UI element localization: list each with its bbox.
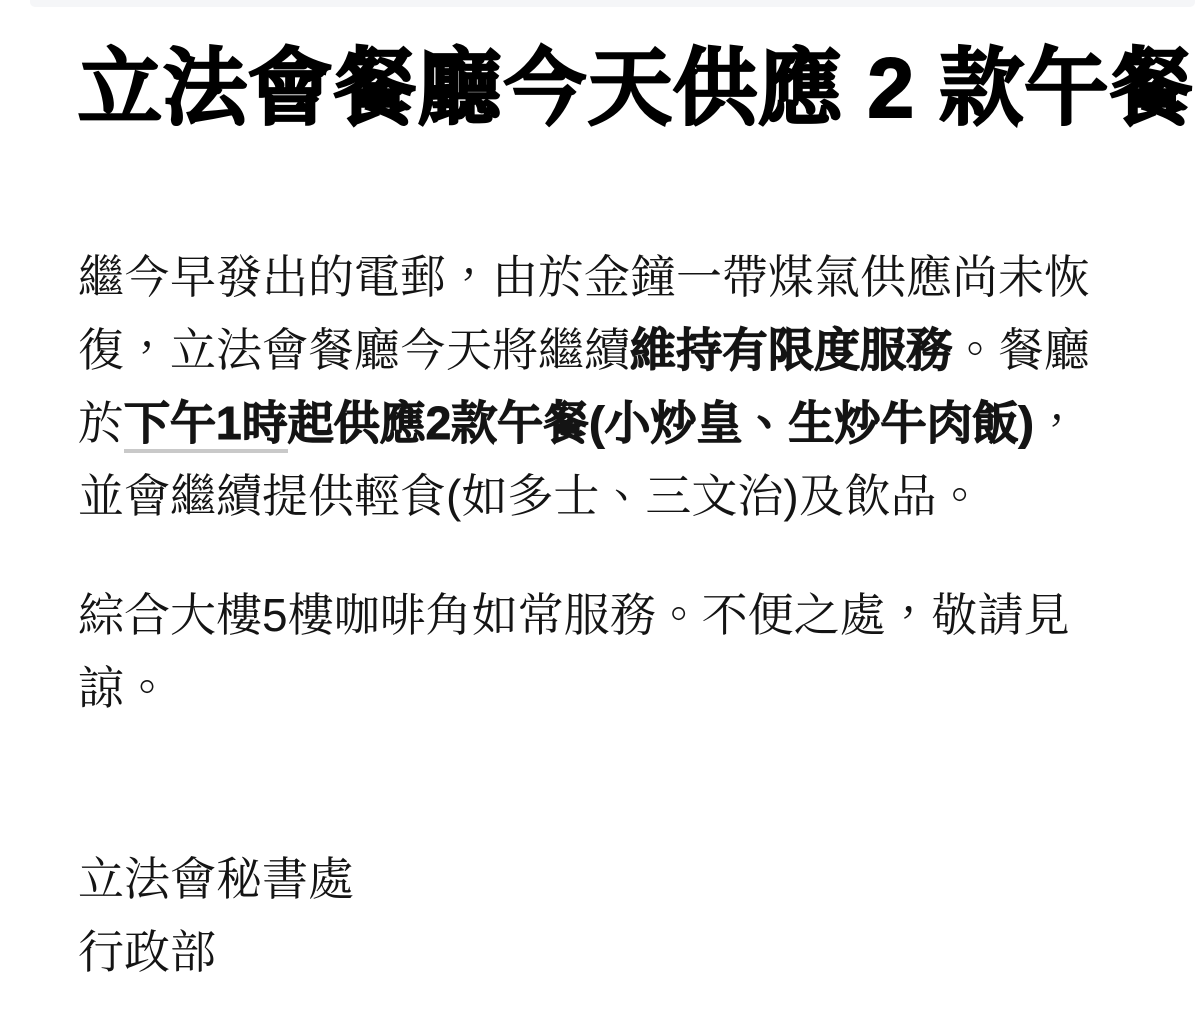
emphasis-text: 維持有限度服務	[630, 324, 952, 376]
body-text: 於	[78, 397, 124, 449]
paragraph-main: 繼今早發出的電郵，由於金鐘一帶煤氣供應尚未恢復，立法會餐廳今天將繼續維持有限度服…	[78, 241, 1144, 533]
signature-block: 立法會秘書處 行政部	[78, 843, 1144, 989]
text-line: 於下午1時起供應2款午餐(小炒皇、生炒牛肉飯)，	[78, 387, 1144, 460]
text-line: 繼今早發出的電郵，由於金鐘一帶煤氣供應尚未恢	[78, 241, 1144, 314]
body-text: 繼今早發出的電郵，由於金鐘一帶煤氣供應尚未恢	[78, 251, 1090, 303]
body-text: 綜合大樓5樓咖啡角如常服務。不便之處，敬請見	[78, 589, 1070, 641]
text-line: 並會繼續提供輕食(如多士、三文治)及飲品。	[78, 460, 1144, 533]
body-text: ，	[1034, 397, 1080, 449]
page-title: 立法會餐廳今天供應 2 款午餐	[78, 36, 1144, 140]
body-text: 並會繼續提供輕食(如多士、三文治)及飲品。	[78, 470, 983, 522]
body-text: 。餐廳	[952, 324, 1090, 376]
text-line: 諒。	[78, 652, 1144, 725]
emphasis-text: 下午1時	[124, 397, 288, 453]
top-edge-strip	[30, 0, 1195, 7]
paragraph-coffee-corner: 綜合大樓5樓咖啡角如常服務。不便之處，敬請見諒。	[78, 579, 1144, 725]
body-text: 諒。	[78, 662, 170, 714]
text-line: 綜合大樓5樓咖啡角如常服務。不便之處，敬請見	[78, 579, 1144, 652]
signature-dept: 行政部	[78, 916, 1144, 989]
emphasis-text: 起供應2款午餐(小炒皇、生炒牛肉飯)	[288, 397, 1034, 449]
notice-document: 立法會餐廳今天供應 2 款午餐 繼今早發出的電郵，由於金鐘一帶煤氣供應尚未恢復，…	[0, 0, 1200, 1024]
signature-org: 立法會秘書處	[78, 843, 1144, 916]
body-text: 復，立法會餐廳今天將繼續	[78, 324, 630, 376]
text-line: 復，立法會餐廳今天將繼續維持有限度服務。餐廳	[78, 314, 1144, 387]
